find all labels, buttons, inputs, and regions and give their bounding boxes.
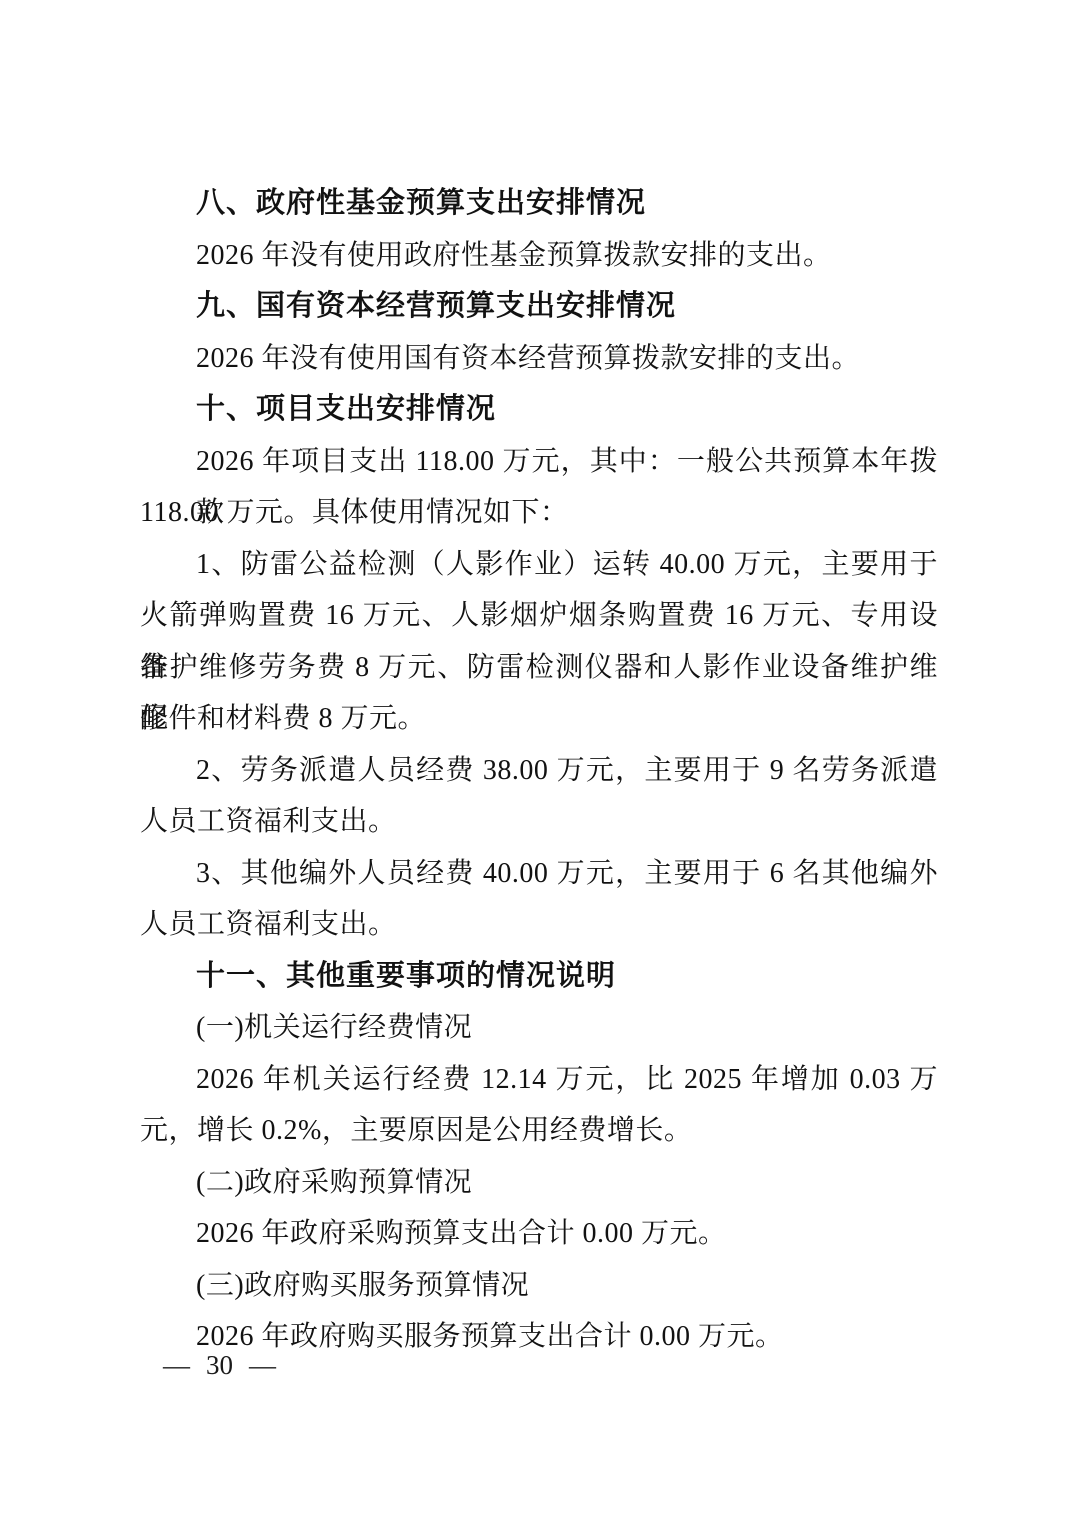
document-content: 八、政府性基金预算支出安排情况2026 年没有使用政府性基金预算拨款安排的支出。…	[140, 178, 938, 1363]
paragraph-line: 2026 年没有使用政府性基金预算拨款安排的支出。	[140, 230, 938, 282]
paragraph-line: 118.00 万元。具体使用情况如下：	[140, 487, 938, 539]
paragraph-line: 配件和材料费 8 万元。	[140, 693, 938, 745]
paragraph-line: 2026 年没有使用国有资本经营预算拨款安排的支出。	[140, 333, 938, 385]
page-footer: —30—	[163, 1349, 276, 1381]
paragraph-line: 2、劳务派遣人员经费 38.00 万元，主要用于 9 名劳务派遣	[140, 745, 938, 797]
paragraph-line: 维护维修劳务费 8 万元、防雷检测仪器和人影作业设备维护维修	[140, 642, 938, 694]
paragraph-line: 人员工资福利支出。	[140, 796, 938, 848]
paragraph-line: 2026 年政府采购预算支出合计 0.00 万元。	[140, 1208, 938, 1260]
footer-dash-left: —	[163, 1350, 190, 1380]
section-heading: 十一、其他重要事项的情况说明	[140, 951, 938, 1003]
paragraph-line: 1、防雷公益检测（人影作业）运转 40.00 万元，主要用于	[140, 539, 938, 591]
section-heading: 八、政府性基金预算支出安排情况	[140, 178, 938, 230]
document-page: 八、政府性基金预算支出安排情况2026 年没有使用政府性基金预算拨款安排的支出。…	[0, 0, 1074, 1520]
paragraph-line: (二)政府采购预算情况	[140, 1157, 938, 1209]
footer-dash-right: —	[249, 1350, 276, 1380]
paragraph-line: 人员工资福利支出。	[140, 899, 938, 951]
paragraph-line: (三)政府购买服务预算情况	[140, 1260, 938, 1312]
paragraph-line: (一)机关运行经费情况	[140, 1002, 938, 1054]
paragraph-line: 3、其他编外人员经费 40.00 万元，主要用于 6 名其他编外	[140, 848, 938, 900]
paragraph-line: 元，增长 0.2%，主要原因是公用经费增长。	[140, 1105, 938, 1157]
paragraph-line: 火箭弹购置费 16 万元、人影烟炉烟条购置费 16 万元、专用设备	[140, 590, 938, 642]
section-heading: 十、项目支出安排情况	[140, 384, 938, 436]
paragraph-line: 2026 年项目支出 118.00 万元，其中：一般公共预算本年拨款	[140, 436, 938, 488]
page-number: 30	[206, 1350, 233, 1380]
section-heading: 九、国有资本经营预算支出安排情况	[140, 281, 938, 333]
paragraph-line: 2026 年机关运行经费 12.14 万元，比 2025 年增加 0.03 万	[140, 1054, 938, 1106]
